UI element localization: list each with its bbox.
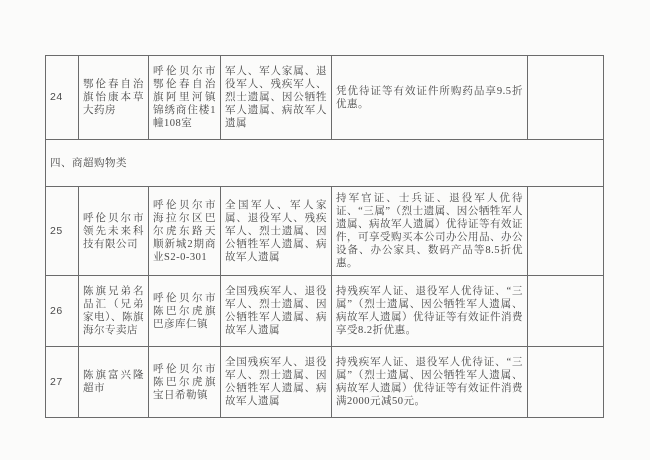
cell-row-number: 24 <box>46 56 79 140</box>
merchant-discount-table: 24 鄂伦春自治旗怡康本草大药房 呼伦贝尔市鄂伦春自治旗阿里河镇锦绣商住楼1幢1… <box>45 55 604 418</box>
cell-discount-terms: 凭优待证等有效证件所购药品享9.5折优惠。 <box>332 56 528 140</box>
document-page: 24 鄂伦春自治旗怡康本草大药房 呼伦贝尔市鄂伦春自治旗阿里河镇锦绣商住楼1幢1… <box>0 0 650 460</box>
cell-address: 呼伦贝尔市海拉尔区巴尔虎东路天顺新城2期商业S2-0-301 <box>149 187 221 276</box>
section-header: 四、商超购物类 <box>46 140 604 187</box>
section-header-row: 四、商超购物类 <box>46 140 604 187</box>
table-row: 27 陈旗富兴隆超市 呼伦贝尔市陈巴尔虎旗宝日希勒镇 全国残疾军人、退役军人、烈… <box>46 347 604 418</box>
cell-discount-terms: 持军官证、士兵证、退役军人优待证、“三属”（烈士遗属、因公牺牲军人遗属、病故军人… <box>332 187 528 276</box>
cell-remarks-empty <box>528 56 604 140</box>
cell-row-number: 25 <box>46 187 79 276</box>
cell-merchant-name: 陈旗兄弟名品汇（兄弟家电）、陈旗海尔专卖店 <box>79 276 149 347</box>
table-row: 25 呼伦贝尔市领先未来科技有限公司 呼伦贝尔市海拉尔区巴尔虎东路天顺新城2期商… <box>46 187 604 276</box>
cell-discount-terms: 持残疾军人证、退役军人优待证、“三属”（烈士遗属、因公牺牲军人遗属、病故军人遗属… <box>332 347 528 418</box>
cell-remarks-empty <box>528 187 604 276</box>
cell-address: 呼伦贝尔市陈巴尔虎旗宝日希勒镇 <box>149 347 221 418</box>
cell-eligible-groups: 全国军人、军人家属、退役军人、残疾军人、烈士遗属、因公牺牲军人遗属、病故军人遗属 <box>221 187 332 276</box>
cell-merchant-name: 鄂伦春自治旗怡康本草大药房 <box>79 56 149 140</box>
cell-merchant-name: 陈旗富兴隆超市 <box>79 347 149 418</box>
cell-row-number: 27 <box>46 347 79 418</box>
table-row: 26 陈旗兄弟名品汇（兄弟家电）、陈旗海尔专卖店 呼伦贝尔市陈巴尔虎旗巴彦库仁镇… <box>46 276 604 347</box>
cell-row-number: 26 <box>46 276 79 347</box>
cell-remarks-empty <box>528 347 604 418</box>
cell-address: 呼伦贝尔市陈巴尔虎旗巴彦库仁镇 <box>149 276 221 347</box>
cell-address: 呼伦贝尔市鄂伦春自治旗阿里河镇锦绣商住楼1幢108室 <box>149 56 221 140</box>
cell-remarks-empty <box>528 276 604 347</box>
cell-eligible-groups: 军人、军人家属、退役军人、残疾军人、烈士遗属、因公牺牲军人遗属、病故军人遗属 <box>221 56 332 140</box>
cell-eligible-groups: 全国残疾军人、退役军人、烈士遗属、因公牺牲军人遗属、病故军人遗属 <box>221 276 332 347</box>
cell-eligible-groups: 全国残疾军人、退役军人、烈士遗属、因公牺牲军人遗属、病故军人遗属 <box>221 347 332 418</box>
cell-discount-terms: 持残疾军人证、退役军人优待证、“三属”（烈士遗属、因公牺牲军人遗属、病故军人遗属… <box>332 276 528 347</box>
cell-merchant-name: 呼伦贝尔市领先未来科技有限公司 <box>79 187 149 276</box>
table-row: 24 鄂伦春自治旗怡康本草大药房 呼伦贝尔市鄂伦春自治旗阿里河镇锦绣商住楼1幢1… <box>46 56 604 140</box>
